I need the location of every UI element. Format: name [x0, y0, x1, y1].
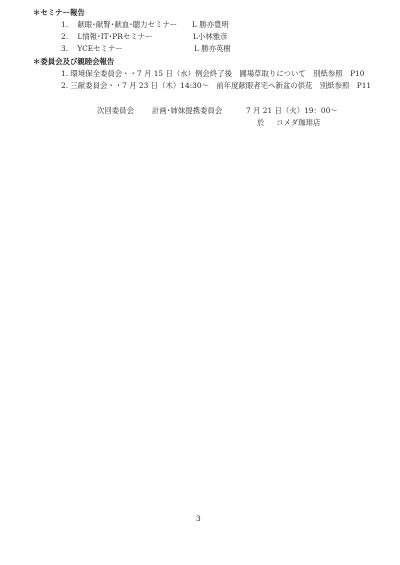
seminar-title: L情報･IT･PRセミナー — [77, 32, 152, 41]
next-meeting-committee: 計画･姉妹提携委員会 — [152, 107, 222, 114]
committee-item-2: 2. 三献委員会・・7 月 23 日（木）14:30～ 前年度献眼者宅へ新盆の供… — [61, 82, 371, 89]
seminar-item-3: 3. YCEセミナー — [61, 45, 123, 52]
committee-item-1: 1. 環境保全委員会・・7 月 15 日（水）例会終了後 圃場草取りについて 別… — [61, 70, 364, 77]
next-meeting-datetime: 7 月 21 日（火）19：00～ — [246, 107, 338, 114]
seminar-presenter-2: L小林雅彦 — [193, 33, 227, 40]
seminar-title: 献眼･献腎･献血･聴力セミナー — [77, 20, 177, 29]
seminar-item-2: 2. L情報･IT･PRセミナー — [61, 33, 152, 40]
seminar-title: YCEセミナー — [77, 44, 122, 53]
page-number: 3 — [196, 515, 201, 522]
item-number: 1. — [61, 21, 75, 28]
seminar-heading: ＊セミナー報告 — [33, 9, 85, 16]
seminar-presenter-3: L 勝亦英樹 — [194, 45, 231, 52]
next-meeting-venue-prefix: 於 — [257, 119, 264, 126]
item-number: 2. — [61, 33, 75, 40]
item-number: 3. — [61, 45, 75, 52]
seminar-presenter-1: L 勝亦豊明 — [192, 21, 229, 28]
next-meeting-venue: コメダ珈琲店 — [276, 119, 320, 126]
committee-heading: ＊委員会及び親睦会報告 — [33, 58, 114, 65]
seminar-item-1: 1. 献眼･献腎･献血･聴力セミナー — [61, 21, 177, 28]
next-meeting-label: 次回委員会 — [97, 107, 134, 114]
